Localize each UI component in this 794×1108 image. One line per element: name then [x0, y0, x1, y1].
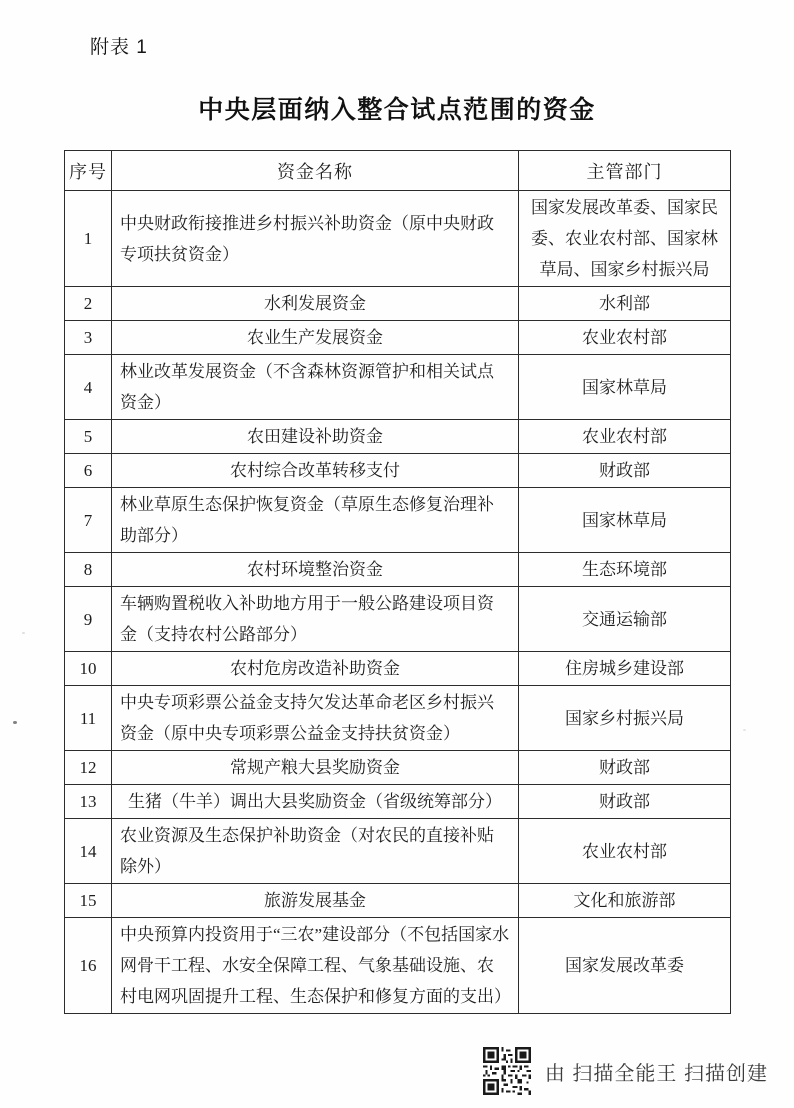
row-number-cell: 4: [65, 355, 112, 420]
department-cell: 农业农村部: [519, 819, 731, 884]
table-body: 1 中央财政衔接推进乡村振兴补助资金（原中央财政专项扶贫资金） 国家发展改革委、…: [65, 191, 731, 1014]
row-number-cell: 8: [65, 553, 112, 587]
table-row: 10 农村危房改造补助资金 住房城乡建设部: [65, 652, 731, 686]
row-number-cell: 15: [65, 884, 112, 918]
department-cell: 财政部: [519, 454, 731, 488]
fund-name-cell: 农村危房改造补助资金: [112, 652, 519, 686]
col-header-serial: 序号: [65, 151, 112, 191]
row-number-cell: 13: [65, 785, 112, 819]
department-cell: 国家发展改革委、国家民委、农业农村部、国家林草局、国家乡村振兴局: [519, 191, 731, 287]
table-row: 16 中央预算内投资用于“三农”建设部分（不包括国家水网骨干工程、水安全保障工程…: [65, 918, 731, 1014]
scanner-footer: 由 扫描全能王 扫描创建: [482, 1047, 768, 1095]
table-row: 3 农业生产发展资金 农业农村部: [65, 321, 731, 355]
row-number-cell: 11: [65, 686, 112, 751]
table-row: 12 常规产粮大县奖励资金 财政部: [65, 751, 731, 785]
table-header: 序号 资金名称 主管部门: [65, 151, 731, 191]
department-cell: 国家林草局: [519, 488, 731, 553]
fund-name-cell: 农村综合改革转移支付: [112, 454, 519, 488]
fund-name-cell: 农村环境整治资金: [112, 553, 519, 587]
qr-code-icon: [482, 1047, 532, 1095]
scan-speck: [13, 721, 17, 724]
fund-name-cell: 林业改革发展资金（不含森林资源管护和相关试点资金）: [112, 355, 519, 420]
header-row: 序号 资金名称 主管部门: [65, 151, 731, 191]
col-header-fund-name: 资金名称: [112, 151, 519, 191]
table-row: 8 农村环境整治资金 生态环境部: [65, 553, 731, 587]
appendix-label: 附表 1: [90, 32, 148, 59]
department-cell: 国家林草局: [519, 355, 731, 420]
fund-name-cell: 农田建设补助资金: [112, 420, 519, 454]
department-cell: 水利部: [519, 287, 731, 321]
funds-table: 序号 资金名称 主管部门 1 中央财政衔接推进乡村振兴补助资金（原中央财政专项扶…: [64, 150, 731, 1014]
fund-name-cell: 旅游发展基金: [112, 884, 519, 918]
department-cell: 文化和旅游部: [519, 884, 731, 918]
fund-name-cell: 生猪（牛羊）调出大县奖励资金（省级统筹部分）: [112, 785, 519, 819]
document-page: 附表 1 中央层面纳入整合试点范围的资金 序号 资金名称 主管部门 1 中央财政…: [0, 0, 794, 1108]
department-cell: 财政部: [519, 751, 731, 785]
table-row: 5 农田建设补助资金 农业农村部: [65, 420, 731, 454]
table-row: 1 中央财政衔接推进乡村振兴补助资金（原中央财政专项扶贫资金） 国家发展改革委、…: [65, 191, 731, 287]
fund-name-cell: 水利发展资金: [112, 287, 519, 321]
table-row: 14 农业资源及生态保护补助资金（对农民的直接补贴除外） 农业农村部: [65, 819, 731, 884]
fund-name-cell: 林业草原生态保护恢复资金（草原生态修复治理补助部分）: [112, 488, 519, 553]
fund-name-cell: 农业资源及生态保护补助资金（对农民的直接补贴除外）: [112, 819, 519, 884]
department-cell: 生态环境部: [519, 553, 731, 587]
row-number-cell: 14: [65, 819, 112, 884]
fund-name-cell: 常规产粮大县奖励资金: [112, 751, 519, 785]
row-number-cell: 5: [65, 420, 112, 454]
department-cell: 国家乡村振兴局: [519, 686, 731, 751]
row-number-cell: 2: [65, 287, 112, 321]
fund-name-cell: 农业生产发展资金: [112, 321, 519, 355]
col-header-department: 主管部门: [519, 151, 731, 191]
department-cell: 交通运输部: [519, 587, 731, 652]
scan-speck: [743, 729, 746, 731]
table-row: 15 旅游发展基金 文化和旅游部: [65, 884, 731, 918]
row-number-cell: 7: [65, 488, 112, 553]
fund-name-cell: 中央专项彩票公益金支持欠发达革命老区乡村振兴资金（原中央专项彩票公益金支持扶贫资…: [112, 686, 519, 751]
row-number-cell: 3: [65, 321, 112, 355]
row-number-cell: 10: [65, 652, 112, 686]
department-cell: 农业农村部: [519, 420, 731, 454]
scanner-credit-text: 由 扫描全能王 扫描创建: [545, 1057, 768, 1086]
table-row: 4 林业改革发展资金（不含森林资源管护和相关试点资金） 国家林草局: [65, 355, 731, 420]
fund-name-cell: 中央预算内投资用于“三农”建设部分（不包括国家水网骨干工程、水安全保障工程、气象…: [112, 918, 519, 1014]
row-number-cell: 6: [65, 454, 112, 488]
table-row: 11 中央专项彩票公益金支持欠发达革命老区乡村振兴资金（原中央专项彩票公益金支持…: [65, 686, 731, 751]
row-number-cell: 9: [65, 587, 112, 652]
row-number-cell: 12: [65, 751, 112, 785]
department-cell: 住房城乡建设部: [519, 652, 731, 686]
scan-speck: [22, 632, 25, 634]
table-row: 13 生猪（牛羊）调出大县奖励资金（省级统筹部分） 财政部: [65, 785, 731, 819]
row-number-cell: 16: [65, 918, 112, 1014]
page-title: 中央层面纳入整合试点范围的资金: [64, 90, 730, 126]
table-row: 7 林业草原生态保护恢复资金（草原生态修复治理补助部分） 国家林草局: [65, 488, 731, 553]
row-number-cell: 1: [65, 191, 112, 287]
fund-name-cell: 车辆购置税收入补助地方用于一般公路建设项目资金（支持农村公路部分）: [112, 587, 519, 652]
table-row: 9 车辆购置税收入补助地方用于一般公路建设项目资金（支持农村公路部分） 交通运输…: [65, 587, 731, 652]
table-row: 6 农村综合改革转移支付 财政部: [65, 454, 731, 488]
fund-name-cell: 中央财政衔接推进乡村振兴补助资金（原中央财政专项扶贫资金）: [112, 191, 519, 287]
department-cell: 国家发展改革委: [519, 918, 731, 1014]
department-cell: 农业农村部: [519, 321, 731, 355]
table-row: 2 水利发展资金 水利部: [65, 287, 731, 321]
department-cell: 财政部: [519, 785, 731, 819]
